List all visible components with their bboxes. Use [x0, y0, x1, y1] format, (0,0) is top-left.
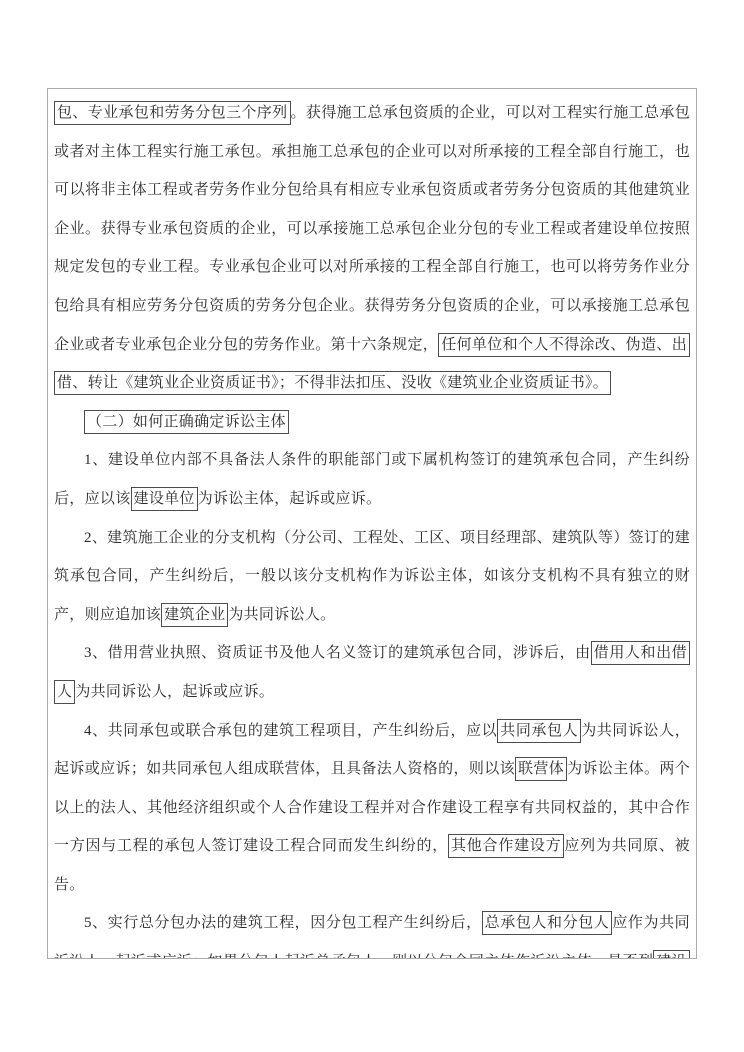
page-frame: 包、专业承包和劳务分包三个序列。获得施工总承包资质的企业，可以对工程实行施工总承…: [47, 88, 697, 959]
paragraph-item-2: 2、建筑施工企业的分支机构（分公司、工程处、工区、项目经理部、建筑队等）签订的建…: [54, 519, 690, 635]
boxed-term: 其他合作建设方: [448, 834, 564, 858]
paragraph-item-4: 4、共同承包或联合承包的建筑工程项目，产生纠纷后，应以共同承包人为共同诉讼人，起…: [54, 712, 690, 905]
text-run: 为诉讼主体，起诉或应诉。: [198, 491, 382, 507]
boxed-term: 联营体: [515, 757, 567, 781]
boxed-term: 包、专业承包和劳务分包三个序列: [54, 101, 291, 125]
section-heading-litigation-subject: （二）如何正确确定诉讼主体: [54, 403, 690, 442]
paragraph-item-1: 1、建设单位内部不具备法人条件的职能部门或下属机构签订的建筑承包合同，产生纠纷后…: [54, 441, 690, 518]
document-body: 包、专业承包和劳务分包三个序列。获得施工总承包资质的企业，可以对工程实行施工总承…: [54, 94, 690, 959]
paragraph-item-5: 5、实行总分包办法的建筑工程，因分包工程产生纠纷后，总承包人和分包人应作为共同诉…: [54, 904, 690, 959]
boxed-term: 总承包人和分包人: [482, 911, 613, 935]
boxed-term: （二）如何正确确定诉讼主体: [84, 410, 289, 434]
text-run: 为共同诉讼人。: [228, 607, 335, 623]
text-run: 2、建筑施工企业的分支机构（分公司、工程处、工区、项目经理部、建筑队等）签订的建…: [54, 530, 690, 623]
paragraph-item-3: 3、借用营业执照、资质证书及他人名义签订的建筑承包合同，涉诉后，由借用人和出借人…: [54, 634, 690, 711]
text-run: 。获得施工总承包资质的企业，可以对工程实行施工总承包或者对主体工程实行施工承包。…: [54, 105, 690, 353]
paragraph-qualification-sequences: 包、专业承包和劳务分包三个序列。获得施工总承包资质的企业，可以对工程实行施工总承…: [54, 94, 690, 403]
boxed-term: 建设单位: [131, 487, 198, 511]
document-page: { "page": { "background": "#ffffff", "fr…: [0, 0, 744, 1052]
boxed-term: 共同承包人: [497, 719, 581, 743]
text-run: 3、借用营业执照、资质证书及他人名义签订的建筑承包合同，涉诉后，由: [84, 645, 591, 661]
text-run: 5、实行总分包办法的建筑工程，因分包工程产生纠纷后，: [84, 915, 482, 931]
text-run: 4、共同承包或联合承包的建筑工程项目，产生纠纷后，应以: [84, 723, 497, 739]
text-run: 为共同诉讼人，起诉或应诉。: [75, 684, 274, 700]
boxed-term: 建筑企业: [161, 603, 228, 627]
